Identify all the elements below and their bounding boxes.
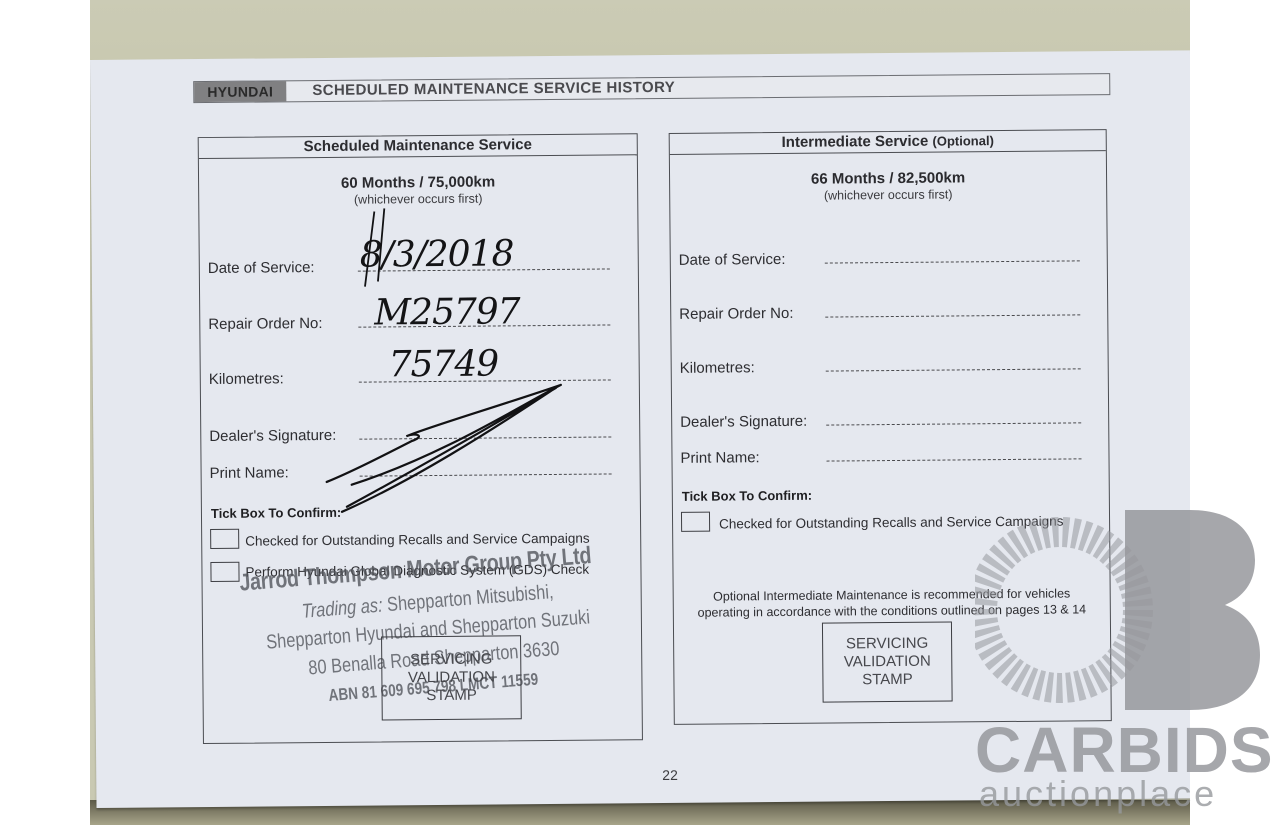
page-title: SCHEDULED MAINTENANCE SERVICE HISTORY bbox=[312, 78, 675, 101]
dealer-signature-field[interactable] bbox=[359, 436, 611, 439]
panel-title: Scheduled Maintenance Service bbox=[199, 134, 637, 159]
scheduled-service-panel: Scheduled Maintenance Service 60 Months … bbox=[198, 133, 643, 744]
recalls-checkbox[interactable] bbox=[210, 529, 239, 549]
photo: HYUNDAI SCHEDULED MAINTENANCE SERVICE HI… bbox=[90, 0, 1190, 825]
brand-label: HYUNDAI bbox=[194, 81, 286, 102]
stamp-box-line-3: STAMP bbox=[382, 686, 520, 705]
repair-order-label: Repair Order No: bbox=[679, 305, 793, 323]
interval-note: (whichever occurs first) bbox=[199, 190, 637, 208]
page-number: 22 bbox=[662, 767, 678, 783]
recalls-checkbox[interactable] bbox=[681, 512, 710, 532]
panel-title-optional: (Optional) bbox=[932, 133, 994, 149]
dealer-signature-field[interactable] bbox=[826, 422, 1081, 425]
interval-note: (whichever occurs first) bbox=[670, 186, 1106, 204]
print-name-label: Print Name: bbox=[210, 464, 289, 482]
date-of-service-label: Date of Service: bbox=[679, 251, 786, 269]
stamp-box-line-2: VALIDATION bbox=[382, 668, 520, 687]
recalls-check-label: Checked for Outstanding Recalls and Serv… bbox=[719, 514, 1064, 532]
date-of-service-label: Date of Service: bbox=[208, 259, 315, 277]
tick-box-title: Tick Box To Confirm: bbox=[682, 488, 812, 504]
kilometres-field[interactable] bbox=[826, 368, 1081, 371]
note-line-2: operating in accordance with the conditi… bbox=[674, 601, 1110, 621]
repair-order-label: Repair Order No: bbox=[208, 315, 322, 333]
dealer-signature-label: Dealer's Signature: bbox=[680, 413, 807, 431]
print-name-field[interactable] bbox=[827, 458, 1082, 461]
stamp-box-line-2: VALIDATION bbox=[823, 653, 951, 672]
kilometres-label: Kilometres: bbox=[209, 370, 284, 388]
servicing-validation-stamp-box: SERVICING VALIDATION STAMP bbox=[381, 635, 522, 720]
intermediate-service-panel: Intermediate Service (Optional) 66 Month… bbox=[669, 129, 1112, 725]
gds-checkbox[interactable] bbox=[210, 562, 239, 582]
repair-order-value: M25797 bbox=[374, 291, 520, 333]
stamp-box-line-1: SERVICING bbox=[823, 635, 951, 654]
servicing-validation-stamp-box: SERVICING VALIDATION STAMP bbox=[822, 621, 953, 702]
tick-box-title: Tick Box To Confirm: bbox=[211, 505, 341, 521]
stamp-box-line-1: SERVICING bbox=[382, 650, 520, 669]
kilometres-label: Kilometres: bbox=[680, 359, 755, 377]
panel-title: Intermediate Service (Optional) bbox=[670, 130, 1106, 155]
page-header: HYUNDAI SCHEDULED MAINTENANCE SERVICE HI… bbox=[193, 73, 1110, 103]
intermediate-maintenance-note: Optional Intermediate Maintenance is rec… bbox=[674, 585, 1110, 621]
dealer-stamp-trading-prefix: Trading as: bbox=[301, 595, 383, 623]
print-name-field[interactable] bbox=[360, 473, 612, 476]
panel-title-text: Intermediate Service bbox=[782, 133, 929, 151]
repair-order-field[interactable] bbox=[825, 314, 1080, 317]
date-of-service-field[interactable] bbox=[825, 260, 1080, 263]
dealer-signature-label: Dealer's Signature: bbox=[209, 427, 336, 445]
print-name-label: Print Name: bbox=[680, 449, 759, 467]
booklet-page: HYUNDAI SCHEDULED MAINTENANCE SERVICE HI… bbox=[90, 50, 1190, 808]
date-of-service-value: 8/3/2018 bbox=[360, 233, 514, 275]
stamp-box-line-3: STAMP bbox=[823, 671, 951, 690]
kilometres-value: 75749 bbox=[388, 343, 498, 385]
